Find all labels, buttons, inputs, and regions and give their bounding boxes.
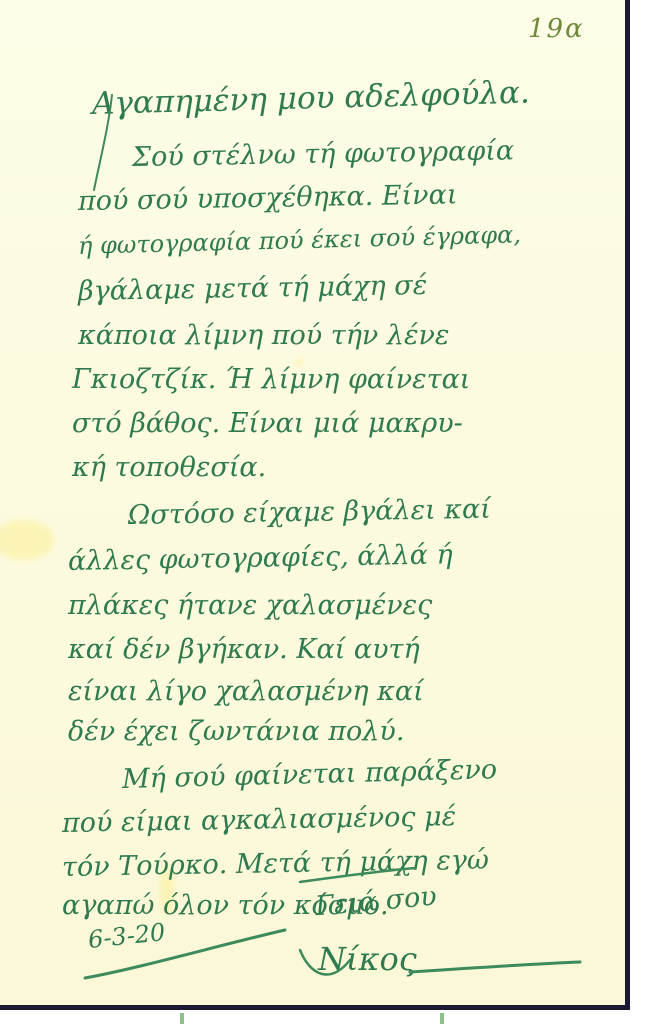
binder-tab-mark xyxy=(440,1013,444,1024)
body-line: πού σού υποσχέθηκα. Είναι xyxy=(78,179,458,217)
scanned-letter: 19α Αγαπημένη μου αδελφούλα. Σού στέλνω … xyxy=(0,0,649,1024)
body-line: κή τοποθεσία. xyxy=(72,452,266,483)
body-line: είναι λίγο χαλασμένη καί xyxy=(68,676,424,707)
scan-margin xyxy=(0,1010,649,1024)
body-line: πλάκες ήτανε χαλασμένες xyxy=(68,590,432,621)
body-line: Ωστόσο είχαμε βγάλει καί xyxy=(128,494,491,531)
body-line: βγάλαμε μετά τή μάχη σέ xyxy=(78,270,428,307)
body-line: καί δέν βγήκαν. Καί αυτή xyxy=(68,634,420,665)
body-line: Γκιοζτζίκ. Ή λίμνη φαίνεται xyxy=(72,364,470,395)
body-line: δέν έχει ζωντάνια πολύ. xyxy=(68,716,404,747)
signature: Νίκος xyxy=(318,940,417,978)
body-line: κάποια λίμνη πού τήν λένε xyxy=(78,320,449,351)
body-line: στό βάθος. Είναι μιά μακρυ- xyxy=(72,408,463,439)
binder-tab-mark xyxy=(180,1013,184,1024)
page-number: 19α xyxy=(528,14,585,44)
paper-stain xyxy=(0,520,54,560)
